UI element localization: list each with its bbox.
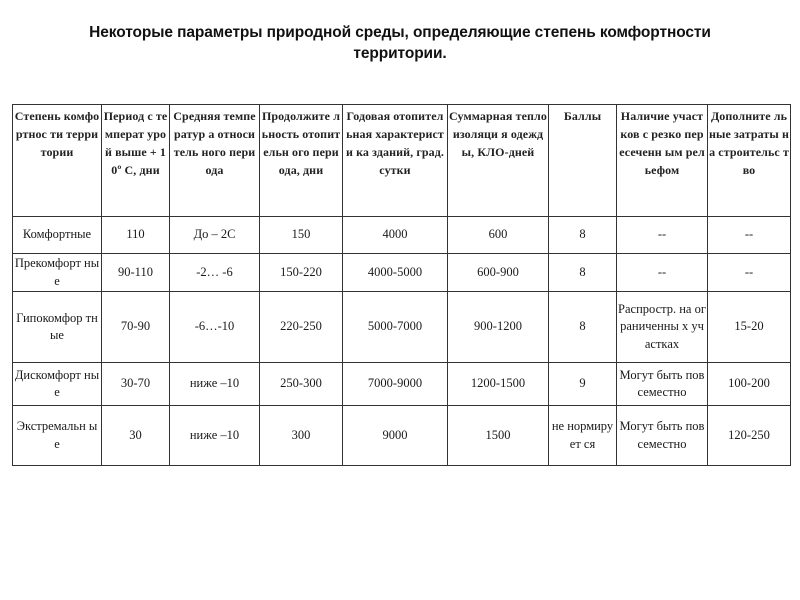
header-comfort-degree: Степень комфортнос ти территории [13, 105, 102, 217]
cell-mean-temperature: ниже –10 [170, 406, 260, 466]
cell-warm-period: 110 [102, 217, 170, 254]
cell-score: не нормирует ся [549, 406, 617, 466]
cell-extra-costs: 15-20 [708, 292, 791, 363]
cell-score: 8 [549, 292, 617, 363]
cell-extra-costs: -- [708, 254, 791, 292]
cell-clothing-insulation: 900-1200 [448, 292, 549, 363]
cell-heating-duration: 300 [260, 406, 343, 466]
cell-clothing-insulation: 1500 [448, 406, 549, 466]
header-heating-characteristic: Годовая отопительная характеристи ка зда… [343, 105, 448, 217]
cell-clothing-insulation: 600 [448, 217, 549, 254]
header-clothing-insulation: Суммарная теплоизоляци я одежды, КЛО-дне… [448, 105, 549, 217]
cell-comfort-degree: Прекомфорт ные [13, 254, 102, 292]
cell-rugged-terrain: Могут быть повсеместно [617, 363, 708, 406]
cell-warm-period: 30 [102, 406, 170, 466]
cell-heating-characteristic: 4000-5000 [343, 254, 448, 292]
cell-heating-duration: 250-300 [260, 363, 343, 406]
cell-rugged-terrain: Распростр. на ограниченны х участках [617, 292, 708, 363]
title-line-1: Некоторые параметры природной среды, опр… [0, 22, 800, 43]
table-header-row: Степень комфортнос ти территории Период … [13, 105, 791, 217]
cell-rugged-terrain: Могут быть повсеместно [617, 406, 708, 466]
cell-extra-costs: 120-250 [708, 406, 791, 466]
cell-mean-temperature: ниже –10 [170, 363, 260, 406]
comfort-parameters-table: Степень комфортнос ти территории Период … [12, 104, 791, 466]
cell-warm-period: 70-90 [102, 292, 170, 363]
cell-heating-duration: 150-220 [260, 254, 343, 292]
cell-mean-temperature: До – 2С [170, 217, 260, 254]
cell-rugged-terrain: -- [617, 254, 708, 292]
cell-comfort-degree: Гипокомфор тные [13, 292, 102, 363]
table-row: Комфортные 110 До – 2С 150 4000 600 8 --… [13, 217, 791, 254]
cell-heating-characteristic: 5000-7000 [343, 292, 448, 363]
cell-comfort-degree: Экстремальн ые [13, 406, 102, 466]
header-heating-duration: Продолжите льность отопительн ого период… [260, 105, 343, 217]
table-row: Экстремальн ые 30 ниже –10 300 9000 1500… [13, 406, 791, 466]
page-title: Некоторые параметры природной среды, опр… [0, 22, 800, 64]
cell-comfort-degree: Комфортные [13, 217, 102, 254]
cell-score: 8 [549, 254, 617, 292]
header-score: Баллы [549, 105, 617, 217]
cell-warm-period: 90-110 [102, 254, 170, 292]
header-rugged-terrain: Наличие участков с резко пересеченн ым р… [617, 105, 708, 217]
cell-warm-period: 30-70 [102, 363, 170, 406]
header-warm-period: Период с температ урой выше + 10º С, дни [102, 105, 170, 217]
cell-clothing-insulation: 1200-1500 [448, 363, 549, 406]
cell-heating-duration: 150 [260, 217, 343, 254]
title-line-2: территории. [0, 43, 800, 64]
cell-heating-duration: 220-250 [260, 292, 343, 363]
header-extra-costs: Дополните льные затраты на строительс тв… [708, 105, 791, 217]
cell-clothing-insulation: 600-900 [448, 254, 549, 292]
cell-score: 8 [549, 217, 617, 254]
table-row: Дискомфорт ные 30-70 ниже –10 250-300 70… [13, 363, 791, 406]
cell-extra-costs: 100-200 [708, 363, 791, 406]
cell-mean-temperature: -2… -6 [170, 254, 260, 292]
cell-score: 9 [549, 363, 617, 406]
cell-rugged-terrain: -- [617, 217, 708, 254]
cell-heating-characteristic: 4000 [343, 217, 448, 254]
cell-heating-characteristic: 9000 [343, 406, 448, 466]
cell-mean-temperature: -6…-10 [170, 292, 260, 363]
cell-comfort-degree: Дискомфорт ные [13, 363, 102, 406]
table-row: Гипокомфор тные 70-90 -6…-10 220-250 500… [13, 292, 791, 363]
table-row: Прекомфорт ные 90-110 -2… -6 150-220 400… [13, 254, 791, 292]
header-mean-temperature: Средняя температур а относитель ного пер… [170, 105, 260, 217]
cell-extra-costs: -- [708, 217, 791, 254]
cell-heating-characteristic: 7000-9000 [343, 363, 448, 406]
